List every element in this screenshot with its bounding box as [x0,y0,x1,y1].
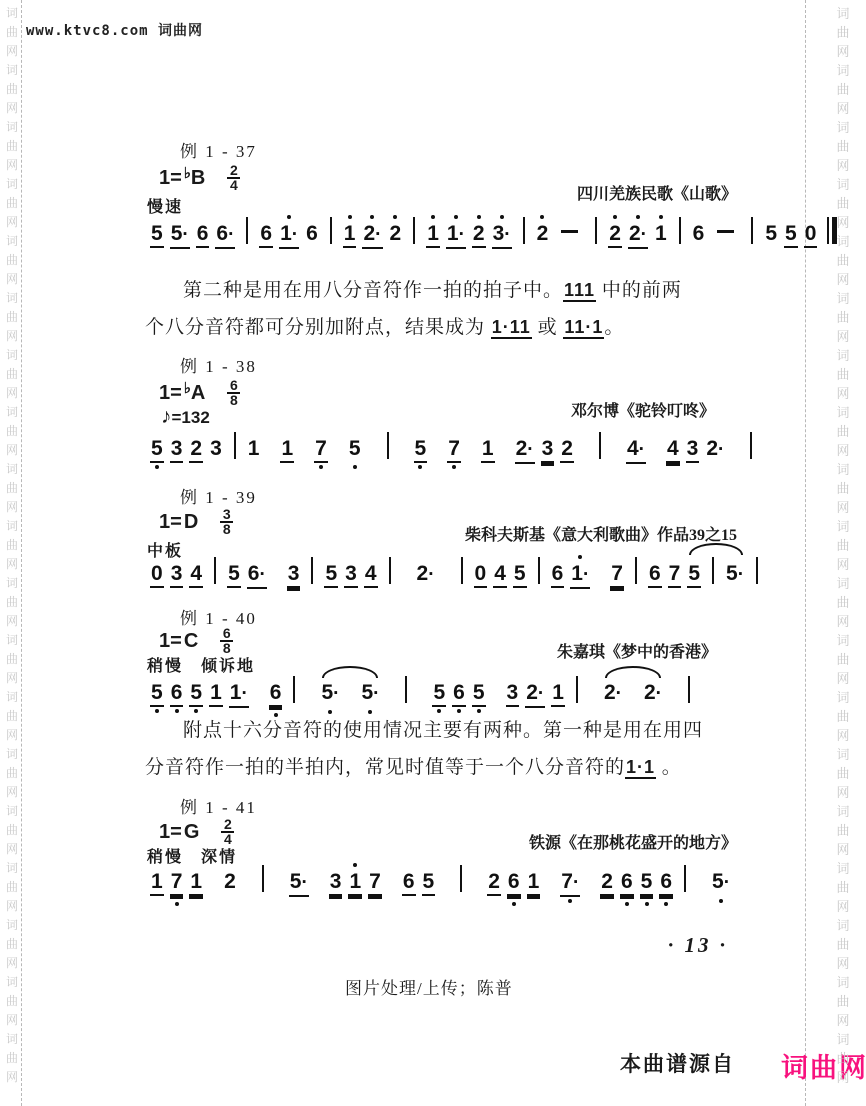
watermark-char: 词 [834,460,852,479]
note: 2· [643,680,663,706]
note: 5 [687,561,701,588]
octave-dot-above [578,555,582,559]
watermark-char: 词 [834,232,852,251]
inline-notation-snippet: 1·11 [491,317,532,339]
octave-dot-above [370,215,374,219]
watermark-char: 词 [3,631,21,650]
octave-dot-below [512,902,516,906]
key-tonic: 1 [159,167,170,190]
octave-dot-below [664,902,668,906]
note: 3 [686,436,700,463]
paragraph-text: 分音符作一拍的半拍内，常见时值等于一个八分音符的 [145,757,625,778]
watermark-char: 词 [3,232,21,251]
watermark-char: 词 [3,118,21,137]
watermark-char: 网 [834,99,852,118]
barline [756,557,758,584]
watermark-char: 曲 [834,593,852,612]
barline [461,557,463,584]
watermark-char: 词 [3,916,21,935]
flat-icon: ♭ [184,164,191,182]
footer-source-prefix: 本曲谱源自 [620,1052,735,1076]
note: 1 [481,436,495,463]
note: 7 [610,561,624,588]
watermark-char: 词 [834,517,852,536]
note: 2 [223,869,237,894]
note: 2 [389,221,403,246]
octave-dot-above [636,215,640,219]
metronome-value: =132 [172,408,210,427]
note: 7 [170,869,184,896]
note: 5 [432,680,446,707]
watermark-char: 曲 [834,479,852,498]
note: 5 [227,561,241,588]
body-paragraph: 附点十六分音符的使用情况主要有两种。第一种是用在用四 分音符作一拍的半拍内，常见… [145,712,745,786]
watermark-char: 词 [3,1030,21,1049]
watermark-char: 网 [3,783,21,802]
watermark-char: 曲 [3,593,21,612]
octave-dot-above [454,215,458,219]
octave-dot-above [477,215,481,219]
watermark-char: 曲 [3,536,21,555]
tempo-marking: 稍慢 倾诉地 [147,653,255,676]
watermark-char: 曲 [834,80,852,99]
watermark-char: 词 [834,916,852,935]
octave-dot-above [500,215,504,219]
note: 1 [654,221,668,246]
meter-fraction: 68 [220,628,233,654]
note: 2 [560,436,574,463]
note: 1 [209,680,223,707]
note: 5 [513,561,527,588]
watermark-char: 网 [3,99,21,118]
watermark-char: 词 [3,802,21,821]
meter-bottom: 4 [230,177,238,193]
watermark-char: 词 [3,973,21,992]
note: 3 [329,869,343,896]
octave-dot-below [719,899,723,903]
note: 2 [189,436,203,463]
paragraph-line: 分音符作一拍的半拍内，常见时值等于一个八分音符的1·1 。 [145,749,745,786]
watermark-char: 网 [3,612,21,631]
key-letter: B [191,167,205,190]
example-label: 例 1 - 38 [180,352,257,377]
note: 4· [626,436,646,464]
watermark-char: 词 [834,4,852,23]
watermark-char: 网 [3,555,21,574]
note: 1 [527,869,541,896]
barline [413,217,415,244]
note: 2· [603,680,623,706]
equals-sign: = [170,630,182,653]
watermark-char: 曲 [834,422,852,441]
key-letter: G [184,821,200,844]
watermark-char: 曲 [3,764,21,783]
meter-top: 2 [230,162,238,178]
watermark-char: 曲 [834,935,852,954]
watermark-char: 曲 [834,764,852,783]
watermark-char: 曲 [3,194,21,213]
octave-dot-below [568,899,572,903]
note: 2· [705,436,725,462]
watermark-char: 网 [834,327,852,346]
barline [405,676,407,703]
upload-credit: 图片处理/上传；陈普 [345,974,513,999]
note: 1· [446,221,466,249]
note: 7 [447,436,461,463]
watermark-char: 词 [3,859,21,878]
page-number: · 13 · [668,933,728,958]
watermark-char: 网 [834,669,852,688]
song-source: 铁源《在那桃花盛开的地方》 [529,830,737,853]
equals-sign: = [170,821,182,844]
note: 4 [493,561,507,588]
note: 6 [269,680,283,707]
octave-dot-above [540,215,544,219]
note: 6 [648,561,662,588]
note: 5· [360,680,380,706]
watermark-char: 网 [834,1068,852,1087]
note: 2 [472,221,486,248]
note: 1· [570,561,590,589]
note: 2 [600,869,614,896]
meter-fraction: 24 [221,819,234,845]
watermark-char: 网 [3,1068,21,1087]
meter-fraction: 24 [227,165,240,191]
meter-bottom: 8 [230,392,238,408]
note: 6· [215,221,235,249]
note: 2· [515,436,535,464]
note: 5 [764,221,778,246]
meter-fraction: 68 [227,380,240,406]
watermark-char: 词 [834,859,852,878]
watermark-char: 词 [834,175,852,194]
key-signature: 1=D 38 [159,509,233,535]
watermark-char: 网 [834,156,852,175]
watermark-char: 曲 [3,422,21,441]
barline [712,557,714,584]
note: 6 [170,680,184,707]
barline [576,676,578,703]
note: 0 [804,221,818,248]
note: 1 [150,869,164,896]
key-signature: 1=♭A 68 [159,380,240,406]
flat-icon: ♭ [184,379,191,397]
meter-top: 6 [230,377,238,393]
note: 5 [784,221,798,248]
watermark-char: 曲 [834,536,852,555]
note: 7 [368,869,382,896]
barline [679,217,681,244]
note: 6 [551,561,565,588]
tempo-marking: 慢速 [147,194,183,217]
note: 0 [474,561,488,588]
key-tonic: 1 [159,630,170,653]
watermark-char: 曲 [834,878,852,897]
paragraph-line: 第二种是用在用八分音符作一拍的拍子中。111 中的前两 [145,272,745,309]
note: 5 [150,436,164,463]
note: 5 [150,680,164,707]
equals-sign: = [170,511,182,534]
watermark-char: 曲 [3,650,21,669]
watermark-char: 曲 [834,992,852,1011]
meter-fraction: 38 [220,509,233,535]
note: 0 [150,561,164,588]
scanned-music-page: { "page": { "url_watermark": "www.ktvc8.… [0,0,866,1106]
watermark-char: 曲 [834,1049,852,1068]
watermark-char: 网 [3,498,21,517]
watermark-char: 网 [3,669,21,688]
watermark-char: 词 [834,574,852,593]
watermark-char: 词 [3,517,21,536]
note: 3 [170,561,184,588]
notation-line: 56511·65·5·56532·12·2· [147,676,698,708]
watermark-char: 曲 [834,23,852,42]
watermark-char: 词 [834,118,852,137]
notation-line: 17125·317652617·26565· [147,865,734,897]
example-label: 例 1 - 41 [180,793,257,818]
watermark-char: 网 [834,1011,852,1030]
note: 5· [320,680,340,706]
barline [234,432,236,459]
watermark-char: 曲 [3,137,21,156]
barline [214,557,216,584]
barline [595,217,597,244]
note: 4 [189,561,203,588]
watermark-char: 词 [3,688,21,707]
left-watermark-column: 词曲网词曲网词曲网词曲网词曲网词曲网词曲网词曲网词曲网词曲网词曲网词曲网词曲网词… [3,4,21,1087]
watermark-char: 曲 [834,308,852,327]
octave-dot-below [645,902,649,906]
watermark-char: 网 [834,783,852,802]
body-paragraph: 第二种是用在用八分音符作一拍的拍子中。111 中的前两 个八分音符都可分别加附点… [145,272,745,346]
watermark-char: 曲 [834,821,852,840]
note: 6 [305,221,319,246]
paragraph-text: 中的前两 [596,280,682,301]
equals-sign: = [170,167,182,190]
right-watermark-column: 词曲网词曲网词曲网词曲网词曲网词曲网词曲网词曲网词曲网词曲网词曲网词曲网词曲网词… [834,4,852,1087]
note: 4 [666,436,680,463]
equals-sign: = [170,382,182,405]
note: 1 [189,869,203,896]
tie-arc: 5·5· [317,680,383,706]
note: 1 [280,436,294,463]
key-signature: 1=G 24 [159,819,234,845]
key-tonic: 1 [159,821,170,844]
barline [330,217,332,244]
note: 7 [314,436,328,463]
watermark-char: 词 [3,4,21,23]
watermark-char: 曲 [834,707,852,726]
tie-arc: 55· [684,557,748,588]
note: 1· [229,680,249,708]
watermark-char: 曲 [834,251,852,270]
example-1-39: 例 1 - 39 1=D 38 中板 柴科夫斯基《意大利歌曲》作品39之15 0… [145,483,741,613]
note: 5· [289,869,309,897]
barline [599,432,601,459]
octave-dot-above [659,215,663,219]
watermark-char: 网 [834,954,852,973]
inline-notation-snippet: 1·1 [625,757,656,779]
watermark-char: 网 [3,726,21,745]
note: 3 [541,436,555,463]
octave-dot-below [319,465,323,469]
barline [523,217,525,244]
key-letter: A [191,382,205,405]
key-tonic: 1 [159,511,170,534]
watermark-char: 词 [834,973,852,992]
octave-dot-below [625,902,629,906]
octave-dot-above [287,215,291,219]
watermark-char: 曲 [834,650,852,669]
barline [389,557,391,584]
watermark-char: 网 [834,612,852,631]
octave-dot-above [431,215,435,219]
note: 6 [692,221,706,246]
example-label: 例 1 - 40 [180,604,257,629]
watermark-char: 曲 [3,80,21,99]
watermark-char: 曲 [3,308,21,327]
example-1-41: 例 1 - 41 1=G 24 稍慢 深情 铁源《在那桃花盛开的地方》 1712… [145,793,741,923]
watermark-char: 曲 [3,821,21,840]
watermark-char: 词 [3,745,21,764]
watermark-char: 网 [3,897,21,916]
note: 2· [525,680,545,708]
note: 6 [507,869,521,896]
watermark-char: 词 [834,688,852,707]
inline-notation-snippet: 111 [563,280,596,302]
barline [684,865,686,892]
key-signature: 1=♭B 24 [159,165,240,191]
note: 3· [492,221,512,249]
watermark-char: 曲 [3,878,21,897]
paragraph-text: 。 [604,317,624,338]
notation-line: 03456·35342·04561·76755· [147,557,766,589]
right-dashed-rule [805,0,806,1106]
barline [750,432,752,459]
paragraph-text: 。 [656,757,682,778]
watermark-char: 曲 [3,479,21,498]
watermark-char: 词 [3,61,21,80]
note: 5· [170,221,190,249]
inline-notation-snippet: 11·1 [563,317,604,339]
watermark-char: 曲 [3,251,21,270]
paragraph-line: 附点十六分音符的使用情况主要有两种。第一种是用在用四 [145,712,745,749]
barline [293,676,295,703]
note: 5 [324,561,338,588]
barline [688,676,690,703]
watermark-char: 曲 [3,23,21,42]
note: 5· [711,869,731,895]
note: 5 [640,869,654,896]
watermark-char: 网 [834,555,852,574]
octave-dot-above [393,215,397,219]
watermark-char: 词 [834,1030,852,1049]
watermark-char: 网 [3,1011,21,1030]
footer-source-line: 本曲谱源自 词曲网 [620,1046,866,1085]
watermark-char: 网 [834,498,852,517]
note: 3 [209,436,223,461]
barline [262,865,264,892]
footer-site-name: 词曲网 [781,1053,866,1083]
note: 5 [348,436,362,461]
paragraph-text: 或 [532,317,564,338]
watermark-char: 词 [3,175,21,194]
dash-prolongation [561,230,578,233]
paragraph-text: 个八分音符都可分别加附点，结果成为 [145,317,491,338]
octave-dot-below [452,465,456,469]
note: 5 [150,221,164,248]
barline [751,217,753,244]
watermark-char: 网 [3,441,21,460]
octave-dot-below [175,902,179,906]
note: 7 [668,561,682,588]
watermark-char: 网 [834,840,852,859]
watermark-char: 词 [3,289,21,308]
eighth-note-icon: ♪ [161,405,172,428]
watermark-char: 曲 [3,707,21,726]
note: 1 [343,221,357,248]
watermark-char: 网 [3,954,21,973]
note: 2· [628,221,648,249]
watermark-char: 曲 [3,992,21,1011]
barline [460,865,462,892]
note: 6 [402,869,416,896]
note: 3 [287,561,301,588]
watermark-char: 网 [3,384,21,403]
octave-dot-below [353,465,357,469]
octave-dot-above [353,863,357,867]
song-source: 四川羌族民歌《山歌》 [577,181,737,204]
watermark-char: 网 [834,42,852,61]
meter-top: 2 [224,816,232,832]
note: 6· [247,561,267,589]
note: 6 [259,221,273,248]
watermark-char: 词 [834,403,852,422]
watermark-char: 词 [834,289,852,308]
note: 1 [551,680,565,707]
barline [246,217,248,244]
note: 3 [506,680,520,707]
note: 5· [725,561,745,587]
note: 2 [536,221,550,246]
key-signature: 1=C 68 [159,628,233,654]
meter-top: 6 [223,625,231,641]
watermark-char: 曲 [3,935,21,954]
watermark-char: 网 [3,156,21,175]
note: 1 [426,221,440,248]
watermark-char: 网 [834,897,852,916]
paragraph-line: 个八分音符都可分别加附点，结果成为 1·11 或 11·1。 [145,309,745,346]
note: 5 [189,680,203,707]
octave-dot-above [348,215,352,219]
barline [538,557,540,584]
note: 1· [279,221,299,249]
song-source: 邓尔博《驼铃叮咚》 [571,398,715,421]
meter-bottom: 8 [223,521,231,537]
watermark-char: 网 [3,840,21,859]
paragraph-text: 第二种是用在用八分音符作一拍的拍子中。 [145,280,563,301]
watermark-char: 网 [3,270,21,289]
octave-dot-below [155,465,159,469]
watermark-char: 网 [834,726,852,745]
key-letter: D [184,511,198,534]
note: 2· [416,561,436,587]
watermark-char: 网 [3,327,21,346]
watermark-char: 词 [834,745,852,764]
watermark-char: 网 [834,213,852,232]
note: 3 [170,436,184,463]
octave-dot-below [418,465,422,469]
